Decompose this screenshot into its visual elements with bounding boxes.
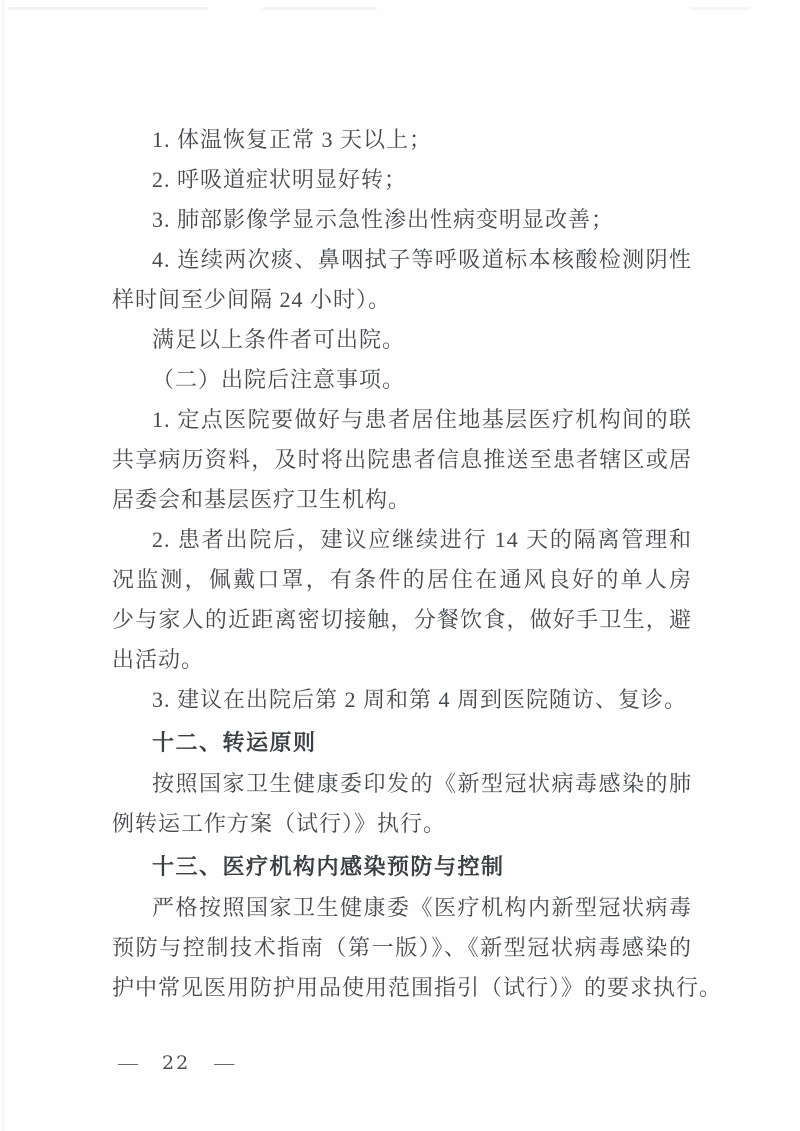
section-heading: 十三、医疗机构内感染预防与控制 bbox=[112, 848, 692, 888]
text-line: 按照国家卫生健康委印发的《新型冠状病毒感染的肺炎病 bbox=[112, 764, 692, 804]
document-body: 1. 体温恢复正常 3 天以上；2. 呼吸道症状明显好转；3. 肺部影像学显示急… bbox=[112, 120, 692, 1008]
page-footer: — 22 — bbox=[118, 1048, 234, 1078]
text-line: 4. 连续两次痰、鼻咽拭子等呼吸道标本核酸检测阴性（采 bbox=[112, 240, 692, 280]
footer-dash-right: — bbox=[214, 1048, 234, 1078]
text-line: 例转运工作方案（试行）》执行。 bbox=[112, 804, 692, 844]
text-line: 3. 肺部影像学显示急性渗出性病变明显改善； bbox=[112, 200, 692, 240]
text-line: 出活动。 bbox=[112, 640, 692, 680]
text-line: 严格按照国家卫生健康委《医疗机构内新型冠状病毒感染 bbox=[112, 888, 692, 928]
text-line: 共享病历资料，及时将出院患者信息推送至患者辖区或居住地 bbox=[112, 440, 692, 480]
text-line: （二）出院后注意事项。 bbox=[112, 360, 692, 400]
scan-artifact-smudge bbox=[690, 7, 750, 10]
document-page: 1. 体温恢复正常 3 天以上；2. 呼吸道症状明显好转；3. 肺部影像学显示急… bbox=[0, 0, 800, 1131]
text-line: 2. 呼吸道症状明显好转； bbox=[112, 160, 692, 200]
scan-artifact-smudge bbox=[8, 7, 208, 10]
section-heading: 十二、转运原则 bbox=[112, 724, 692, 764]
text-line: 满足以上条件者可出院。 bbox=[112, 320, 692, 360]
text-line: 居委会和基层医疗卫生机构。 bbox=[112, 480, 692, 520]
scan-artifact-edge bbox=[2, 0, 4, 1131]
text-line: 少与家人的近距离密切接触，分餐饮食，做好手卫生，避免外 bbox=[112, 600, 692, 640]
footer-dash-left: — bbox=[118, 1048, 138, 1078]
text-line: 3. 建议在出院后第 2 周和第 4 周到医院随访、复诊。 bbox=[112, 680, 692, 720]
text-line: 样时间至少间隔 24 小时）。 bbox=[112, 280, 692, 320]
text-line: 况监测，佩戴口罩，有条件的居住在通风良好的单人房间，减 bbox=[112, 560, 692, 600]
scan-artifact-smudge bbox=[262, 7, 377, 10]
text-line: 护中常见医用防护用品使用范围指引（试行）》的要求执行。 bbox=[112, 968, 692, 1008]
text-line: 预防与控制技术指南（第一版）》、《新型冠状病毒感染的肺炎防 bbox=[112, 928, 692, 968]
page-number: 22 bbox=[162, 1048, 190, 1078]
text-line: 2. 患者出院后，建议应继续进行 14 天的隔离管理和健康状 bbox=[112, 520, 692, 560]
text-line: 1. 定点医院要做好与患者居住地基层医疗机构间的联系， bbox=[112, 400, 692, 440]
text-line: 1. 体温恢复正常 3 天以上； bbox=[112, 120, 692, 160]
